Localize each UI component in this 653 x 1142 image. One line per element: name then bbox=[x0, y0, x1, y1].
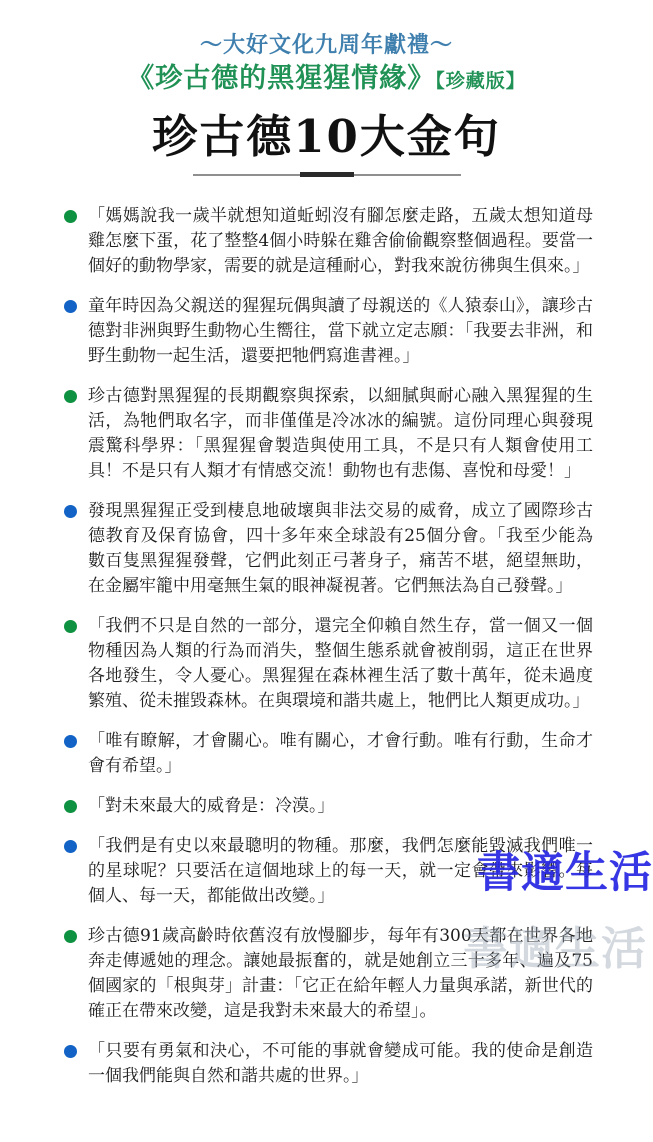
quote-item: 「對未來最大的威脅是：冷漠。」 bbox=[64, 794, 597, 819]
book-title: 《珍古德的黑猩猩情緣》 bbox=[127, 63, 435, 94]
quote-list: 「媽媽說我一歲半就想知道蚯蚓沒有腳怎麼走路，五歲太想知道母雞怎麼下蛋，花了整整4… bbox=[0, 204, 653, 1089]
quote-item: 「媽媽說我一歲半就想知道蚯蚓沒有腳怎麼走路，五歲太想知道母雞怎麼下蛋，花了整整4… bbox=[64, 204, 597, 279]
header: ～大好文化九周年獻禮～ 《珍古德的黑猩猩情緣》【珍藏版】 珍古德10大金句 bbox=[0, 0, 653, 177]
quote-text: 發現黑猩猩正受到棲息地破壞與非法交易的威脅，成立了國際珍古德教育及保育協會，四十… bbox=[88, 499, 593, 599]
page-title: 珍古德10大金句 bbox=[0, 112, 653, 162]
quote-item: 「我們是有史以來最聰明的物種。那麼，我們怎麼能毀滅我們唯一的星球呢？只要活在這個… bbox=[64, 834, 597, 909]
quote-text: 「媽媽說我一歲半就想知道蚯蚓沒有腳怎麼走路，五歲太想知道母雞怎麼下蛋，花了整整4… bbox=[88, 204, 593, 279]
quote-text: 「我們不只是自然的一部分，還完全仰賴自然生存，當一個又一個物種因為人類的行為而消… bbox=[88, 614, 593, 714]
divider-thick-segment bbox=[300, 172, 354, 177]
bullet-dot-icon bbox=[64, 210, 77, 223]
bullet-dot-icon bbox=[64, 505, 77, 518]
edition-label: 【珍藏版】 bbox=[435, 70, 526, 92]
bullet-dot-icon bbox=[64, 1045, 77, 1058]
quote-text: 「唯有瞭解，才會關心。唯有關心，才會行動。唯有行動，生命才會有希望。」 bbox=[88, 729, 593, 779]
quote-text: 「只要有勇氣和決心，不可能的事就會變成可能。我的使命是創造一個我們能與自然和諧共… bbox=[88, 1039, 593, 1089]
quote-text: 「我們是有史以來最聰明的物種。那麼，我們怎麼能毀滅我們唯一的星球呢？只要活在這個… bbox=[88, 834, 593, 909]
bullet-dot-icon bbox=[64, 800, 77, 813]
quote-item: 「只要有勇氣和決心，不可能的事就會變成可能。我的使命是創造一個我們能與自然和諧共… bbox=[64, 1039, 597, 1089]
quote-text: 「對未來最大的威脅是：冷漠。」 bbox=[88, 794, 593, 819]
quote-text: 童年時因為父親送的猩猩玩偶與讀了母親送的《人猿泰山》，讓珍古德對非洲與野生動物心… bbox=[88, 294, 593, 369]
quote-text: 珍古德91歲高齡時依舊沒有放慢腳步，每年有300天都在世界各地奔走傳遞她的理念。… bbox=[88, 924, 593, 1024]
bullet-dot-icon bbox=[64, 930, 77, 943]
quote-item: 「我們不只是自然的一部分，還完全仰賴自然生存，當一個又一個物種因為人類的行為而消… bbox=[64, 614, 597, 714]
quote-text: 珍古德對黑猩猩的長期觀察與探索，以細膩與耐心融入黑猩猩的生活，為牠們取名字，而非… bbox=[88, 384, 593, 484]
document-page: ～大好文化九周年獻禮～ 《珍古德的黑猩猩情緣》【珍藏版】 珍古德10大金句 「媽… bbox=[0, 0, 653, 1142]
bullet-dot-icon bbox=[64, 840, 77, 853]
bullet-dot-icon bbox=[64, 735, 77, 748]
quote-item: 童年時因為父親送的猩猩玩偶與讀了母親送的《人猿泰山》，讓珍古德對非洲與野生動物心… bbox=[64, 294, 597, 369]
bullet-dot-icon bbox=[64, 300, 77, 313]
bullet-dot-icon bbox=[64, 620, 77, 633]
publisher-tagline: ～大好文化九周年獻禮～ bbox=[0, 30, 653, 60]
quote-item: 珍古德91歲高齡時依舊沒有放慢腳步，每年有300天都在世界各地奔走傳遞她的理念。… bbox=[64, 924, 597, 1024]
quote-item: 珍古德對黑猩猩的長期觀察與探索，以細膩與耐心融入黑猩猩的生活，為牠們取名字，而非… bbox=[64, 384, 597, 484]
quote-item: 發現黑猩猩正受到棲息地破壞與非法交易的威脅，成立了國際珍古德教育及保育協會，四十… bbox=[64, 499, 597, 599]
quote-item: 「唯有瞭解，才會關心。唯有關心，才會行動。唯有行動，生命才會有希望。」 bbox=[64, 729, 597, 779]
book-title-line: 《珍古德的黑猩猩情緣》【珍藏版】 bbox=[0, 60, 653, 100]
title-divider bbox=[193, 172, 461, 177]
bullet-dot-icon bbox=[64, 390, 77, 403]
